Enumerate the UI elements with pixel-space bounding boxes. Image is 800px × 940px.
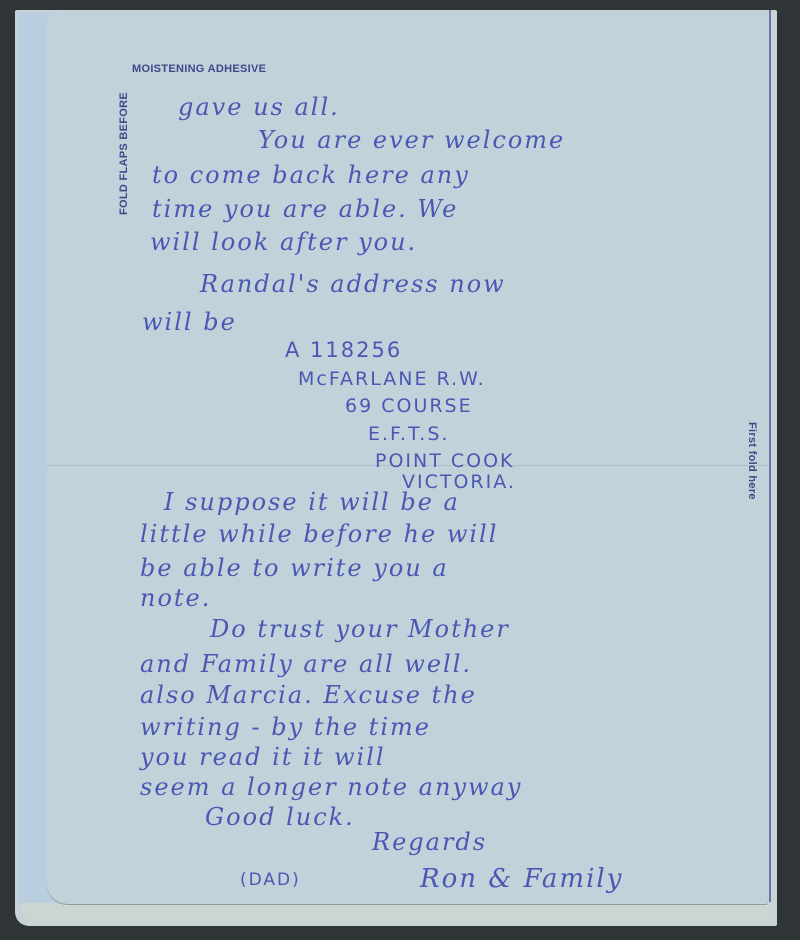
address-unit: E.F.T.S. bbox=[368, 425, 449, 444]
moistening-adhesive-label: MOISTENING ADHESIVE bbox=[132, 63, 266, 75]
handwritten-line: to come back here any bbox=[152, 163, 470, 187]
handwritten-line: writing - by the time bbox=[140, 715, 431, 739]
first-fold-label: First fold here bbox=[746, 422, 758, 500]
handwritten-line: note. bbox=[140, 586, 211, 610]
address-course: 69 COURSE bbox=[345, 397, 473, 416]
handwritten-line: you read it it will bbox=[140, 745, 386, 769]
handwritten-line: Good luck. bbox=[205, 805, 355, 829]
handwritten-line: also Marcia. Excuse the bbox=[140, 683, 477, 707]
handwritten-line: and Family are all well. bbox=[140, 652, 472, 676]
handwritten-line: will look after you. bbox=[150, 230, 417, 254]
scanned-letter: FOLD FLAPS BEFORE MOISTENING ADHESIVE Fi… bbox=[0, 0, 800, 940]
sheet-bottom-edge bbox=[20, 903, 770, 921]
address-name: McFARLANE R.W. bbox=[298, 370, 486, 389]
handwritten-line: Do trust your Mother bbox=[210, 617, 510, 641]
signature: Ron & Family bbox=[420, 866, 623, 892]
closing-regards: Regards bbox=[372, 830, 487, 854]
handwritten-line: little while before he will bbox=[140, 522, 498, 546]
sheet-right-edge bbox=[769, 10, 771, 902]
handwritten-line: gave us all. bbox=[178, 95, 340, 119]
handwritten-line: seem a longer note anyway bbox=[140, 775, 522, 799]
signature-dad: (DAD) bbox=[240, 872, 301, 889]
handwritten-line: will be bbox=[142, 310, 237, 334]
handwritten-line: You are ever welcome bbox=[258, 128, 565, 152]
handwritten-line: Randal's address now bbox=[200, 272, 506, 296]
handwritten-line: be able to write you a bbox=[140, 556, 449, 580]
handwritten-line: I suppose it will be a bbox=[164, 490, 460, 514]
fold-flaps-label: FOLD FLAPS BEFORE bbox=[118, 92, 130, 215]
handwritten-line: time you are able. We bbox=[152, 197, 458, 221]
address-service-number: A 118256 bbox=[285, 340, 402, 361]
address-location: POINT COOK bbox=[375, 452, 515, 471]
